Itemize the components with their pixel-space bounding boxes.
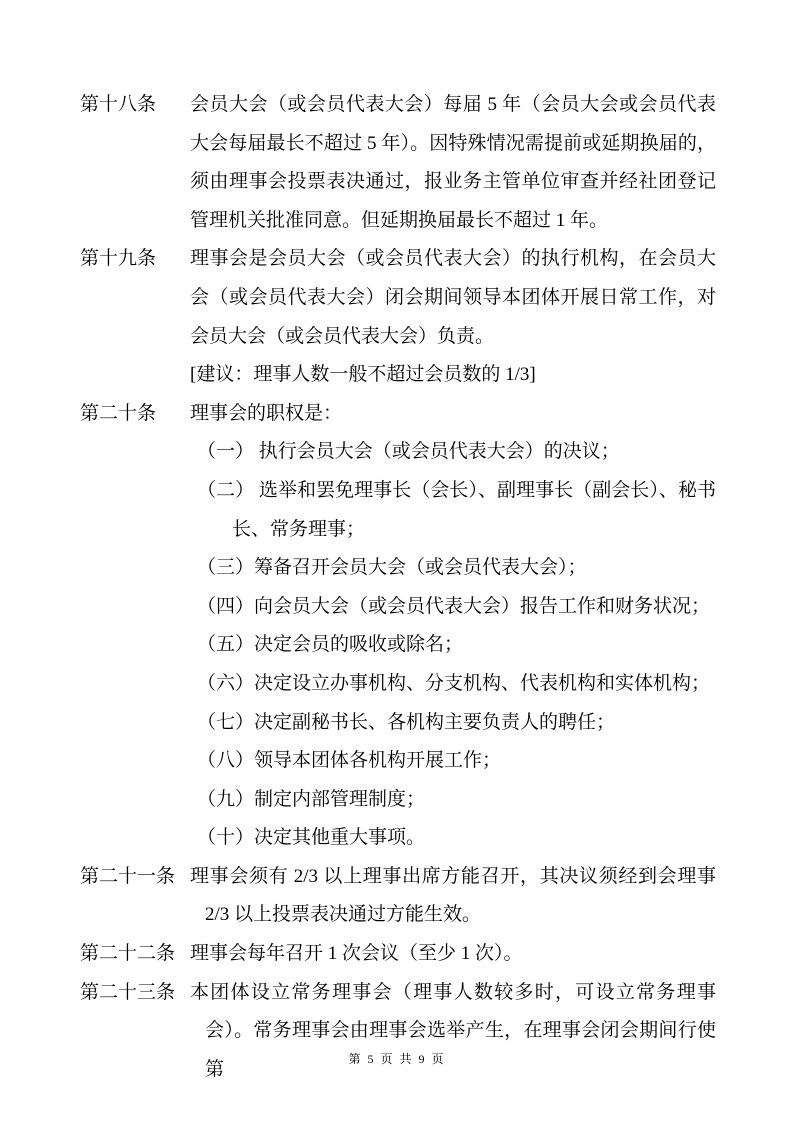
article-label: 第十九条 [80, 240, 190, 279]
article-item-10: （十）决定其他重大事项。 [190, 819, 716, 858]
article-item-2: （二） 选举和罢免理事长（会长）、副理事长（副会长）、秘书长、常务理事； [190, 472, 716, 549]
article-item-5: （五）决定会员的吸收或除名； [190, 626, 716, 665]
article-22: 第二十二条 理事会每年召开 1 次会议（至少 1 次）。 [80, 935, 716, 974]
article-label: 第二十一条 [80, 858, 190, 897]
article-label: 第二十二条 [80, 935, 190, 974]
article-item-4: （四）向会员大会（或会员代表大会）报告工作和财务状况； [190, 588, 716, 627]
article-20: 第二十条 理事会的职权是： （一） 执行会员大会（或会员代表大会）的决议； （二… [80, 395, 716, 858]
article-paragraph: 理事会每年召开 1 次会议（至少 1 次）。 [190, 935, 716, 974]
article-note: [建议：理事人数一般不超过会员数的 1/3] [190, 356, 716, 395]
article-item-6: （六）决定设立办事机构、分支机构、代表机构和实体机构； [190, 665, 716, 704]
article-paragraph: 理事会的职权是： [190, 395, 716, 434]
article-21: 第二十一条 理事会须有 2/3 以上理事出席方能召开，其决议须经到会理事 2/3… [80, 858, 716, 935]
document-page: 第十八条 会员大会（或会员代表大会）每届 5 年（会员大会或会员代表大会每届最长… [0, 0, 794, 1123]
article-body: 理事会须有 2/3 以上理事出席方能召开，其决议须经到会理事 2/3 以上投票表… [190, 858, 716, 935]
article-item-3: （三）筹备召开会员大会（或会员代表大会）； [190, 549, 716, 588]
article-18: 第十八条 会员大会（或会员代表大会）每届 5 年（会员大会或会员代表大会每届最长… [80, 86, 716, 240]
article-label: 第二十三条 [80, 974, 190, 1013]
article-paragraph: 理事会是会员大会（或会员代表大会）的执行机构，在会员大会（或会员代表大会）闭会期… [190, 240, 716, 356]
article-paragraph: 会员大会（或会员代表大会）每届 5 年（会员大会或会员代表大会每届最长不超过 5… [190, 86, 716, 240]
article-body: 理事会的职权是： （一） 执行会员大会（或会员代表大会）的决议； （二） 选举和… [190, 395, 716, 858]
article-23: 第二十三条 本团体设立常务理事会（理事人数较多时，可设立常务理事会）。常务理事会… [80, 974, 716, 1090]
article-paragraph: 本团体设立常务理事会（理事人数较多时，可设立常务理事会）。常务理事会由理事会选举… [190, 974, 716, 1090]
article-body: 理事会是会员大会（或会员代表大会）的执行机构，在会员大会（或会员代表大会）闭会期… [190, 240, 716, 394]
document-body: 第十八条 会员大会（或会员代表大会）每届 5 年（会员大会或会员代表大会每届最长… [80, 86, 716, 1089]
article-label: 第二十条 [80, 395, 190, 434]
article-body: 本团体设立常务理事会（理事人数较多时，可设立常务理事会）。常务理事会由理事会选举… [190, 974, 716, 1090]
article-item-7: （七）决定副秘书长、各机构主要负责人的聘任； [190, 704, 716, 743]
page-number-footer: 第 5 页 共 9 页 [0, 1050, 794, 1067]
article-item-9: （九）制定内部管理制度； [190, 781, 716, 820]
article-paragraph: 理事会须有 2/3 以上理事出席方能召开，其决议须经到会理事 2/3 以上投票表… [190, 858, 716, 935]
article-label: 第十八条 [80, 86, 190, 125]
article-body: 理事会每年召开 1 次会议（至少 1 次）。 [190, 935, 716, 974]
article-item-1: （一） 执行会员大会（或会员代表大会）的决议； [190, 433, 716, 472]
article-body: 会员大会（或会员代表大会）每届 5 年（会员大会或会员代表大会每届最长不超过 5… [190, 86, 716, 240]
article-19: 第十九条 理事会是会员大会（或会员代表大会）的执行机构，在会员大会（或会员代表大… [80, 240, 716, 394]
article-item-8: （八）领导本团体各机构开展工作； [190, 742, 716, 781]
